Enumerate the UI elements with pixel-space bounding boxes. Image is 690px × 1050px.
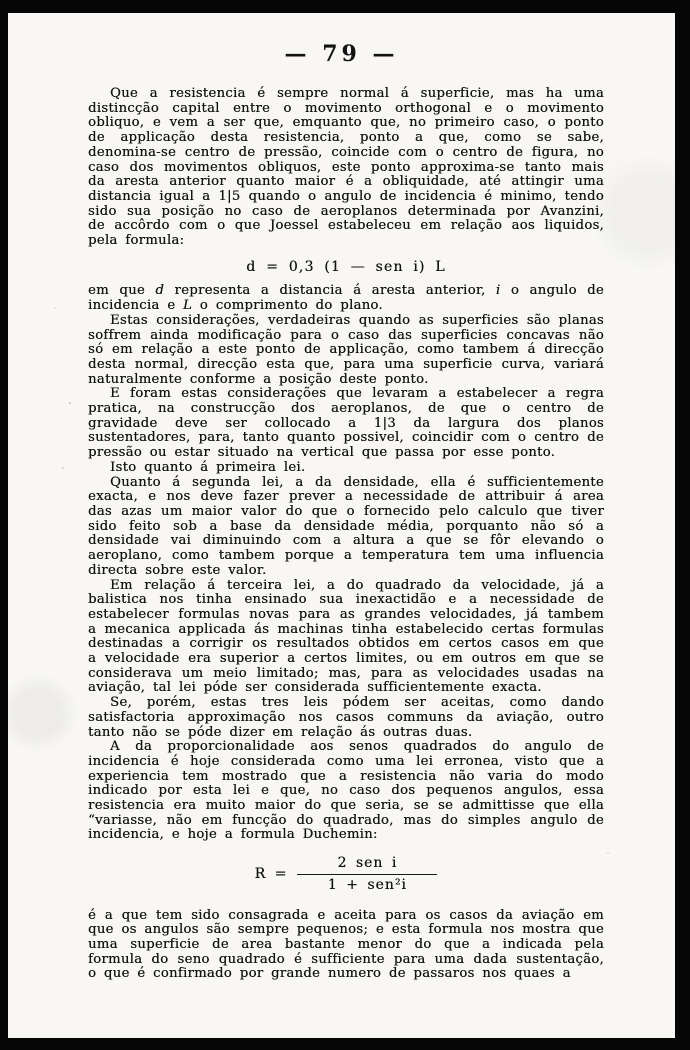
- text-run: o comprimento do plano.: [192, 298, 383, 313]
- paragraph-formula-consagrada: é a que tem sido consagrada e aceita par…: [88, 909, 604, 983]
- paragraph-segunda-lei-densidade: Quanto á segunda lei, a da densidade, el…: [88, 476, 604, 579]
- fraction-denominator: 1 + sen²i: [297, 875, 437, 893]
- paragraph-tres-leis-aceitas: Se, porém, estas tres leis pódem ser ace…: [88, 696, 604, 740]
- paragraph-terceira-lei-velocidade: Em relação á terceira lei, a do quadrado…: [88, 579, 604, 697]
- paragraph-primeira-lei: Isto quanto á primeira lei.: [88, 461, 604, 476]
- page-number: — 79 —: [8, 41, 675, 67]
- formula-duchemin: R =2 sen i1 + sen²i: [88, 856, 604, 892]
- paragraph-proporcionalidade-senos: A da proporcionalidade aos senos quadrad…: [88, 740, 604, 843]
- variable-d: d: [155, 283, 164, 298]
- paragraph-resistencia-normal: Que a resistencia é sempre normal á supe…: [88, 87, 604, 249]
- fraction: 2 sen i1 + sen²i: [297, 856, 437, 892]
- paragraph-consideracoes-superficies: Estas considerações, verdadeiras quando …: [88, 314, 604, 388]
- variable-L: L: [183, 298, 192, 313]
- scanned-page: — 79 — Que a resistencia é sempre normal…: [8, 13, 675, 1038]
- paragraph-formula-explanation: em que d representa a distancia á aresta…: [88, 284, 604, 313]
- fraction-numerator: 2 sen i: [297, 856, 437, 875]
- formula-lhs: R =: [255, 866, 288, 882]
- paragraph-regra-pratica: E foram estas considerações que levaram …: [88, 387, 604, 461]
- formula-distance-avanzini: d = 0,3 (1 — sen i) L: [88, 260, 604, 275]
- text-run: em que: [88, 283, 155, 298]
- body-text: Que a resistencia é sempre normal á supe…: [88, 87, 604, 982]
- text-run: representa a distancia á aresta anterior…: [164, 283, 496, 298]
